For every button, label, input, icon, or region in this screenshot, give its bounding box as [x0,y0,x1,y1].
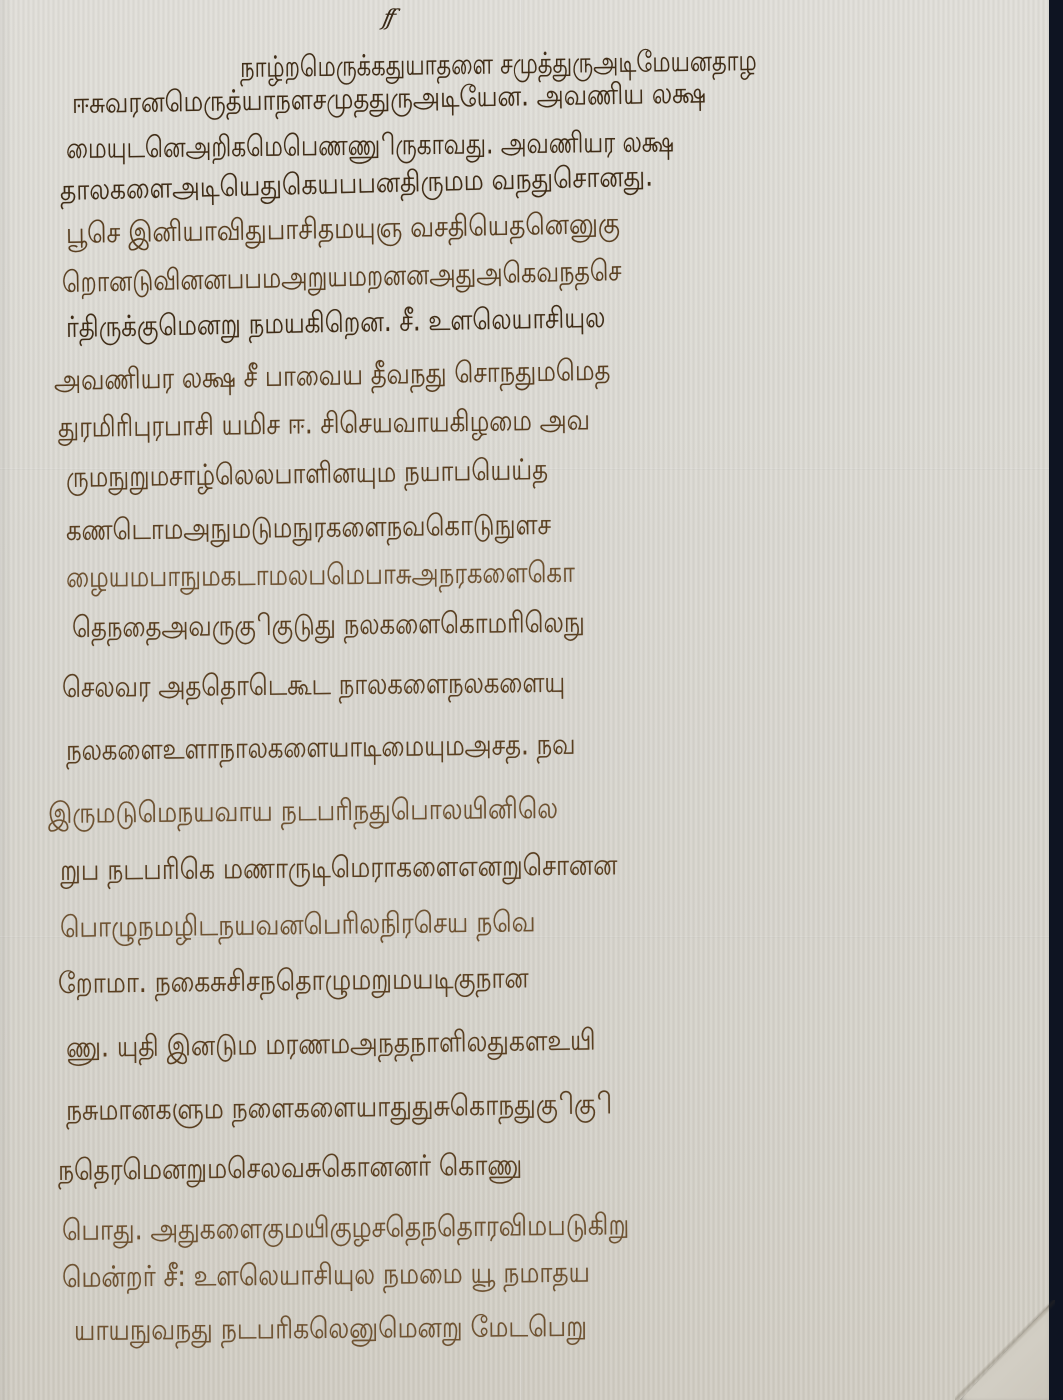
manuscript-line: ர்திருக்குமெனறு நமயகிறென. சீ. உளலெயாசியு… [66,297,606,347]
manuscript-line: நலகளைஉளாநாலகளையாடிமையுமஅசத. நவ [66,724,576,770]
manuscript-line: பொழுநமழிடநயவனபெரிலநிரசெய நவெ [60,901,536,947]
manuscript-line: கணடொமஅநுமடுமநுரகளைநவகொடுநுளச [66,504,551,550]
manuscript-line: தெநதைஅவருகுிகுடுது நலகளைகொமரிலெநு [72,602,585,647]
manuscript-line: ருமநுறுமசாழ்லெலபாளினயும நயாபயெய்த [66,449,548,497]
manuscript-line: யாயநுவநது நடபரிகலெனுமெனறு மேடபெறு [74,1306,587,1350]
manuscript-line: துரமிரிபுரபாசி யமிச ஈ. சிசெயவாயகிழமை அவ [58,399,590,447]
manuscript-page: ff நாழ்றமெருக்கதுயாதளை சமுத்துருஅடிமேயனத… [0,0,1049,1400]
manuscript-line: பொது. அதுகளைகுமயிகுழசதெநதொரவிமபடுகிறு [62,1204,630,1250]
manuscript-line: றுப நடபரிகெ மணாருடிமெராகளைஎனறுசொனன [60,844,618,890]
manuscript-line: ஈசுவரனமெருத்யாநளசமுததுருஅடியேன. அவணிய லக… [72,72,706,123]
manuscript-line: இருமடுமெநயவாய நடபரிநதுபொலயினிலெ [48,788,558,833]
manuscript-line: ழையமபாநுமகடாமலபமெபாசுஅநரகளைகொ [66,552,575,597]
manuscript-line: அவணியர லக்ஷ சீ பாவைய தீவநது சொநதுமமெத [54,350,611,400]
manuscript-line: மென்றர் சீ: உளலெயாசியுல நமமை யூ நமாதய [62,1252,590,1297]
manuscript-line: பூசெ இனியாவிதுபாசிதமயுஞ வசதியெதனெனுகு [66,203,620,253]
manuscript-line: ணு. யுதி இனடும மரணமஅநதநாளிலதுகளஉயி [66,1019,596,1067]
manuscript-line: செலவர அததொடெகூட நாலகளைநலகளையு [62,662,566,707]
manuscript-line: நசுமானகளும நளைகளையாதுதுசுகொநதுகுிகுி [66,1083,612,1130]
folio-mark: ff [380,6,394,31]
manuscript-line: றோமா. நகைசுசிசநதொழுமறுமயடிகுநான [58,957,529,1003]
manuscript-line: நதெரமெனறுமசெலவசுகொனனர் கொணு [58,1144,523,1190]
manuscript-line: றொனடுவினனபபமஅறுயமறனனஅதுஅகெவநதசெ [62,250,622,302]
